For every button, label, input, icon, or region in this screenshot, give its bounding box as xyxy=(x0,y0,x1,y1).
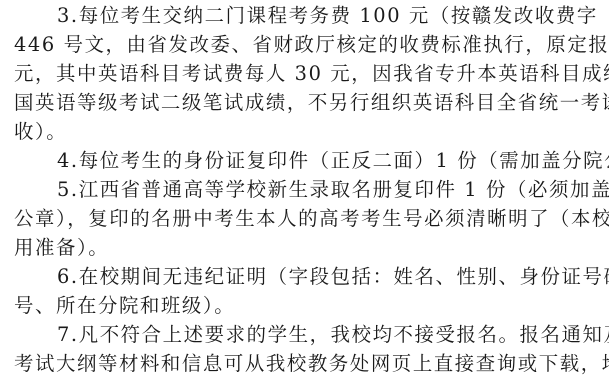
item-3-line-5: 收）。 xyxy=(14,120,597,144)
item-5-line-2: 公章），复印的名册中考生本人的高考考生号必须清晰明了（本校考生不 xyxy=(14,207,597,231)
item-3-line-4: 国英语等级考试二级笔试成绩，不另行组织英语科目全省统一考试，免 xyxy=(14,91,597,115)
item-5-line-3: 用准备）。 xyxy=(14,236,597,260)
item-4-line-1: 4.每位考生的身份证复印件（正反二面）1 份（需加盖分院公章）。 xyxy=(57,149,597,173)
item-6-line-1: 6.在校期间无违纪证明（字段包括：姓名、性别、身份证号码、学 xyxy=(57,265,597,289)
item-5-line-1: 5.江西省普通高等学校新生录取名册复印件 1 份（必须加盖教务处 xyxy=(57,178,597,202)
item-7-line-1: 7.凡不符合上述要求的学生，我校均不接受报名。报名通知及附件、 xyxy=(57,323,597,347)
item-3-line-1: 3.每位考生交纳二门课程考务费 100 元（按赣发改收费字【2006】 xyxy=(57,4,597,28)
item-7-line-2: 考试大纲等材料和信息可从我校教务处网页上直接查询或下载，地址： xyxy=(14,352,597,376)
item-6-line-2: 号、所在分院和班级）。 xyxy=(14,294,597,318)
item-3-line-3: 元，其中英语科目考试费每人 30 元，因我省专升本英语科目成绩采用全 xyxy=(14,62,597,86)
item-3-line-2: 446 号文，由省发改委、省财政厅核定的收费标准执行，原定报名费 130 xyxy=(14,33,597,57)
